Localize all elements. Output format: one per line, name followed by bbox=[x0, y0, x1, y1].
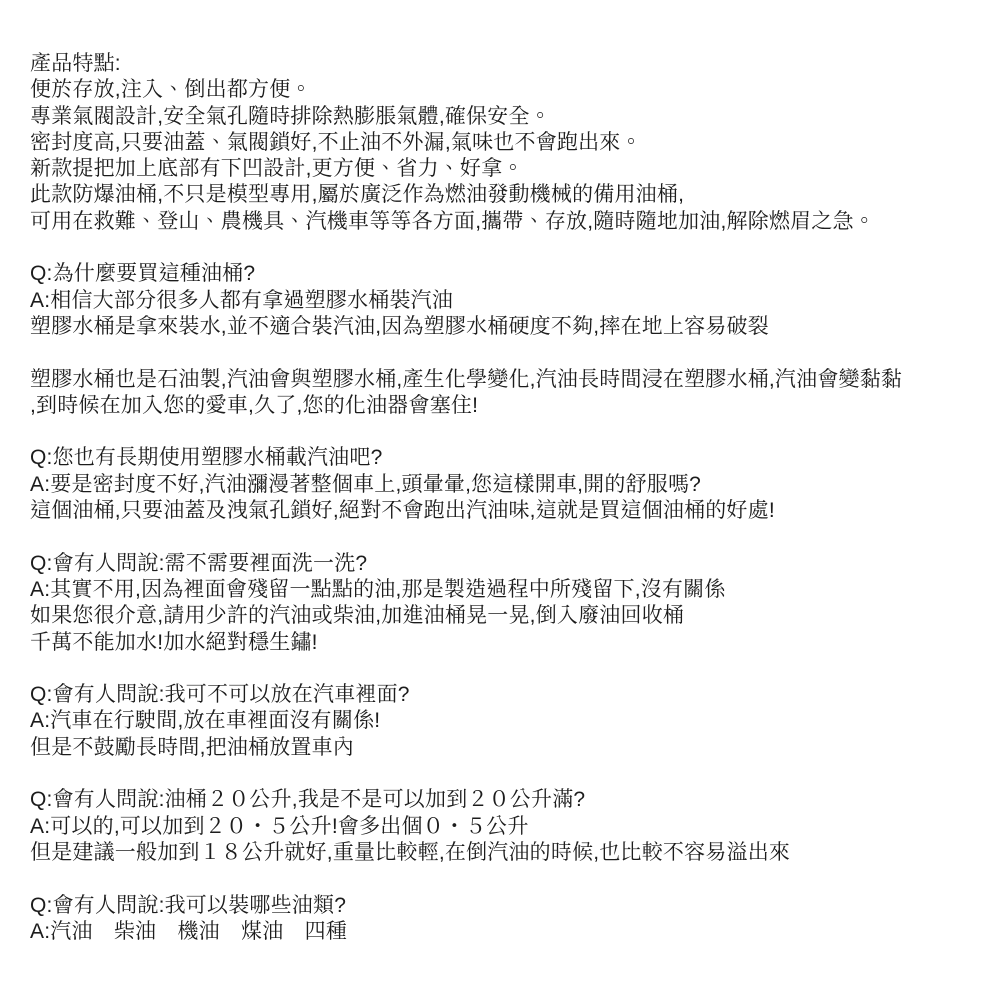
text-line: 新款提把加上底部有下凹設計,更方便、省力、好拿。 bbox=[30, 156, 972, 182]
text-line: 專業氣閥設計,安全氣孔隨時排除熱膨脹氣體,確保安全。 bbox=[30, 104, 972, 130]
text-line: 這個油桶,只要油蓋及洩氣孔鎖好,絕對不會跑出汽油味,這就是買這個油桶的好處! bbox=[30, 498, 972, 524]
text-line: A:要是密封度不好,汽油瀰漫著整個車上,頭暈暈,您這樣開車,開的舒服嗎? bbox=[30, 472, 972, 498]
paragraph-qa-capacity: Q:會有人問說:油桶２０公升,我是不是可以加到２０公升滿?A:可以的,可以加到２… bbox=[30, 787, 972, 866]
paragraph-qa-need-rinse: Q:會有人問說:需不需要裡面洗一洗?A:其實不用,因為裡面會殘留一點點的油,那是… bbox=[30, 551, 972, 656]
paragraph-qa-why-buy: Q:為什麼要買這種油桶?A:相信大部分很多人都有拿過塑膠水桶裝汽油塑膠水桶是拿來… bbox=[30, 261, 972, 340]
paragraph-qa-plastic-bucket-smell: Q:您也有長期使用塑膠水桶載汽油吧?A:要是密封度不好,汽油瀰漫著整個車上,頭暈… bbox=[30, 445, 972, 524]
paragraph-qa-oil-types: Q:會有人問說:我可以裝哪些油類?A:汽油 柴油 機油 煤油 四種 bbox=[30, 893, 972, 946]
text-line: 此款防爆油桶,不只是模型專用,屬於廣泛作為燃油發動機械的備用油桶, bbox=[30, 182, 972, 208]
text-line: Q:會有人問說:油桶２０公升,我是不是可以加到２０公升滿? bbox=[30, 787, 972, 813]
text-line: 塑膠水桶也是石油製,汽油會與塑膠水桶,產生化學變化,汽油長時間浸在塑膠水桶,汽油… bbox=[30, 367, 972, 393]
paragraph-qa-keep-in-car: Q:會有人問說:我可不可以放在汽車裡面?A:汽車在行駛間,放在車裡面沒有關係!但… bbox=[30, 682, 972, 761]
text-line: 如果您很介意,請用少許的汽油或柴油,加進油桶晃一晃,倒入廢油回收桶 bbox=[30, 603, 972, 629]
text-line: 密封度高,只要油蓋、氣閥鎖好,不止油不外漏,氣味也不會跑出來。 bbox=[30, 130, 972, 156]
text-line: Q:為什麼要買這種油桶? bbox=[30, 261, 972, 287]
text-line: Q:會有人問說:我可以裝哪些油類? bbox=[30, 893, 972, 919]
paragraph-product-features: 產品特點:便於存放,注入、倒出都方便。專業氣閥設計,安全氣孔隨時排除熱膨脹氣體,… bbox=[30, 51, 972, 235]
text-line: A:相信大部分很多人都有拿過塑膠水桶裝汽油 bbox=[30, 288, 972, 314]
text-line: A:可以的,可以加到２０・５公升!會多出個０・５公升 bbox=[30, 814, 972, 840]
text-line: A:汽車在行駛間,放在車裡面沒有關係! bbox=[30, 708, 972, 734]
text-line: A:汽油 柴油 機油 煤油 四種 bbox=[30, 919, 972, 945]
text-line: 便於存放,注入、倒出都方便。 bbox=[30, 77, 972, 103]
text-line: 但是建議一般加到１８公升就好,重量比較輕,在倒汽油的時候,也比較不容易溢出來 bbox=[30, 840, 972, 866]
text-line: 千萬不能加水!加水絕對穩生鏽! bbox=[30, 630, 972, 656]
text-line: Q:會有人問說:我可不可以放在汽車裡面? bbox=[30, 682, 972, 708]
text-line: ,到時候在加入您的愛車,久了,您的化油器會塞住! bbox=[30, 393, 972, 419]
text-line: Q:您也有長期使用塑膠水桶載汽油吧? bbox=[30, 445, 972, 471]
paragraph-qa-why-buy-continued: 塑膠水桶也是石油製,汽油會與塑膠水桶,產生化學變化,汽油長時間浸在塑膠水桶,汽油… bbox=[30, 367, 972, 420]
product-description-page: 產品特點:便於存放,注入、倒出都方便。專業氣閥設計,安全氣孔隨時排除熱膨脹氣體,… bbox=[0, 0, 1000, 945]
text-line: Q:會有人問說:需不需要裡面洗一洗? bbox=[30, 551, 972, 577]
text-line: A:其實不用,因為裡面會殘留一點點的油,那是製造過程中所殘留下,沒有關係 bbox=[30, 577, 972, 603]
text-line: 但是不鼓勵長時間,把油桶放置車內 bbox=[30, 735, 972, 761]
text-line: 塑膠水桶是拿來裝水,並不適合裝汽油,因為塑膠水桶硬度不夠,摔在地上容易破裂 bbox=[30, 314, 972, 340]
text-line: 可用在救難、登山、農機具、汽機車等等各方面,攜帶、存放,隨時隨地加油,解除燃眉之… bbox=[30, 209, 972, 235]
text-line: 產品特點: bbox=[30, 51, 972, 77]
